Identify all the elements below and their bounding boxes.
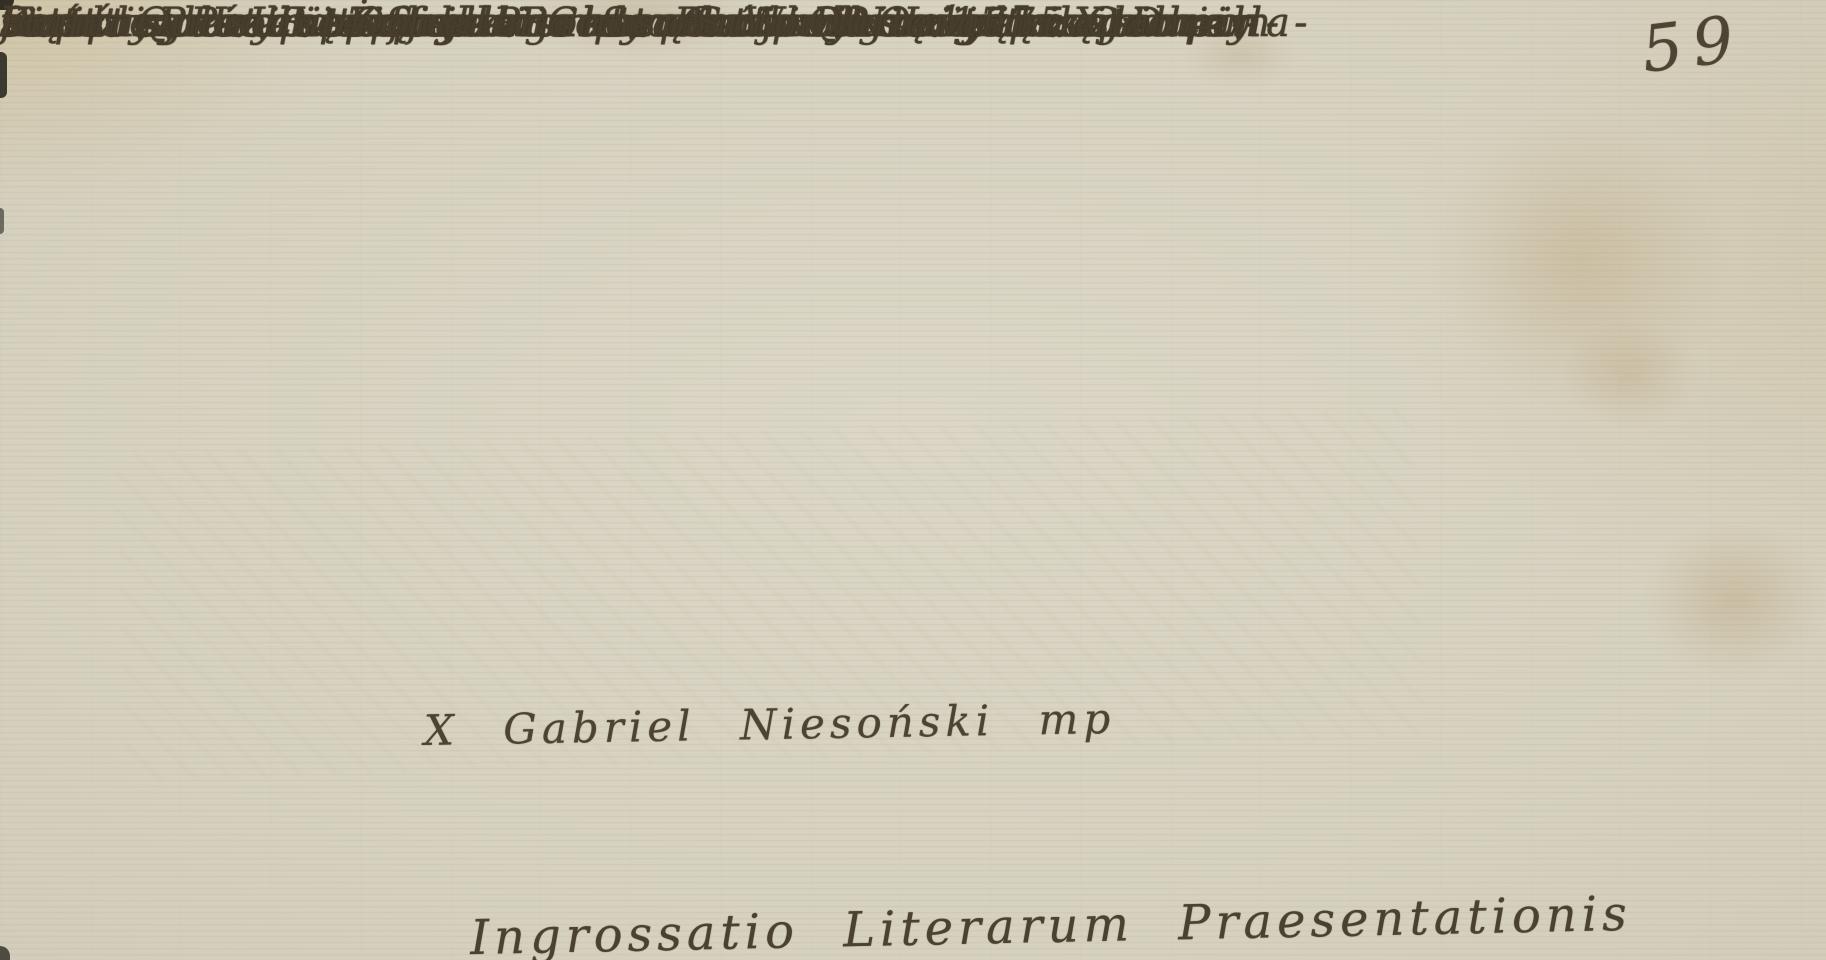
manuscript-line: riam subscriptione manus Sui Quitavit. [0,0,1019,46]
page-number: 59 [1638,2,1748,88]
signature-line: X Gabriel Niesoński mp [424,694,1116,755]
page-edge-mark [0,946,10,960]
paper-texture [0,0,1826,960]
page-edge-mark [0,52,7,98]
manuscript-page: 59 teraz Prezentowanemu Starani Dusz y r… [0,0,1826,960]
paper-stain [1430,110,1730,410]
footer-heading-partial: Ingrossatio Literarum Praesentationis [470,886,1633,960]
paper-stain [1640,520,1826,680]
page-edge-mark [0,208,4,234]
paper-stain [1560,320,1700,430]
